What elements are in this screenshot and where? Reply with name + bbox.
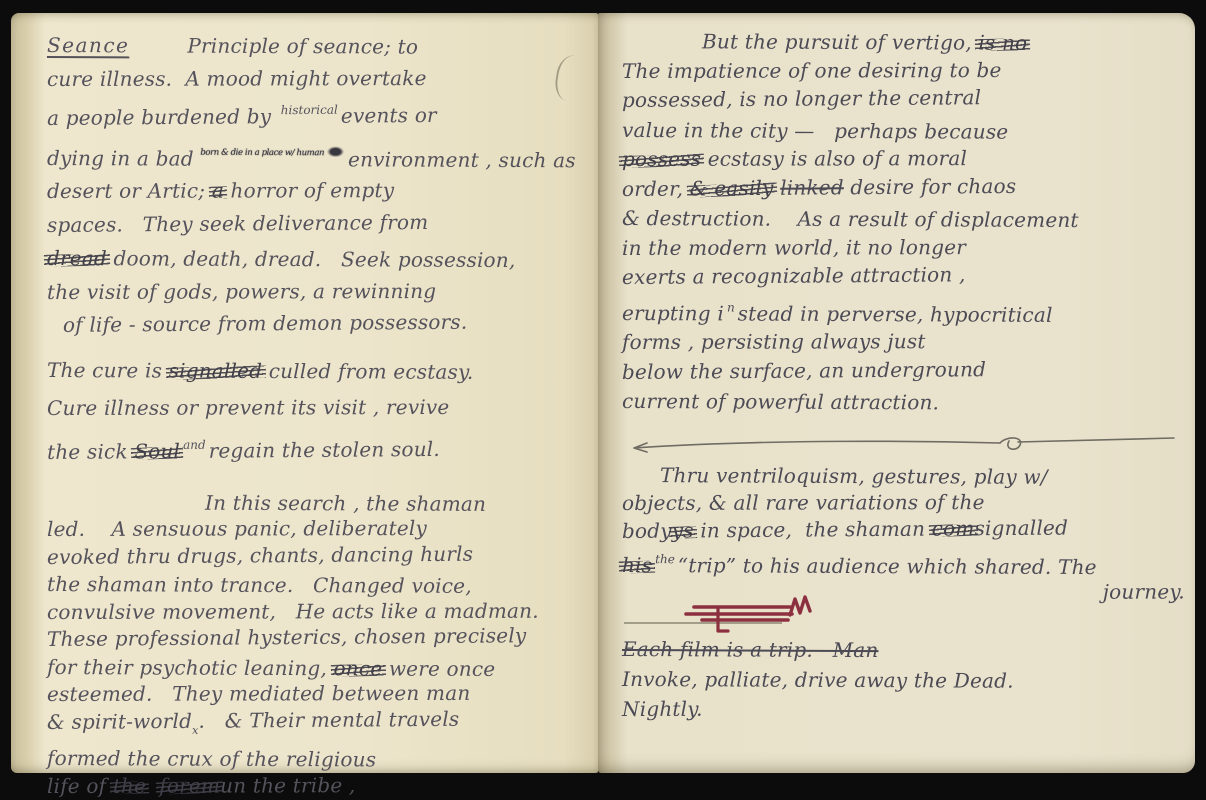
handwritten-text: desert or Artic; bbox=[47, 179, 212, 203]
handwritten-text: spaces. They seek deliverance from bbox=[47, 210, 429, 237]
handwritten-line: Nightly. bbox=[622, 692, 1185, 723]
handwritten-line: erupting instead in perverse, hypocritic… bbox=[622, 293, 1185, 331]
handwritten-text: signalled bbox=[975, 515, 1069, 540]
handwritten-text: dying in a bad bbox=[47, 146, 200, 171]
handwritten-text: These professional hysterics, chosen pre… bbox=[47, 623, 527, 651]
handwritten-text: historical bbox=[281, 103, 338, 117]
handwritten-line: dying in a bad born & die in a place w/ … bbox=[47, 136, 594, 178]
handwritten-line: exerts a recognizable attraction , bbox=[622, 259, 1185, 293]
handwritten-text: Nightly. bbox=[622, 696, 703, 720]
handwritten-text: culled from ecstasy. bbox=[262, 358, 473, 383]
handwritten-text: un the tribe , bbox=[220, 773, 355, 797]
handwritten-text: n bbox=[727, 300, 735, 314]
handwritten-text: current of powerful attraction. bbox=[622, 389, 939, 414]
handwritten-text: Cure illness or prevent its visit , revi… bbox=[47, 394, 450, 419]
handwritten-text: “trip” to his audience which shared. The bbox=[678, 553, 1097, 579]
paragraph-block: Each film is a trip. Man bbox=[622, 635, 1185, 664]
handwritten-line: the visit of gods, powers, a rewinning bbox=[47, 274, 594, 309]
scribbled-out-word: his bbox=[622, 553, 652, 577]
handwritten-text: Seance bbox=[47, 33, 129, 57]
paragraph-block: But the pursuit of vertigo, is noThe imp… bbox=[622, 27, 1185, 417]
handwritten-text: The cure is bbox=[47, 358, 169, 383]
scribbled-out-word: is no bbox=[979, 31, 1028, 55]
handwritten-text: environment , such as bbox=[348, 147, 576, 172]
handwritten-line: the shaman into trance. Changed voice, bbox=[47, 571, 594, 601]
scribbled-out-word: signalled bbox=[169, 358, 263, 382]
handwritten-text: linked bbox=[780, 175, 844, 199]
handwritten-line: But the pursuit of vertigo, is no bbox=[622, 27, 1185, 59]
notebook-page-right: But the pursuit of vertigo, is noThe imp… bbox=[598, 13, 1195, 773]
handwritten-text: Thru ventriloquism, gestures, play w/ bbox=[660, 463, 1048, 489]
scribbled-out-word: once bbox=[333, 656, 382, 680]
handwritten-text: born & die in a place w/ human bbox=[200, 147, 347, 158]
handwritten-text: below the surface, an underground bbox=[622, 357, 986, 384]
handwritten-text: In this search , the shaman bbox=[205, 490, 486, 515]
handwritten-text: horror of empty bbox=[224, 178, 394, 202]
handwritten-line: order, & easily linked desire for chaos bbox=[622, 170, 1185, 204]
paragraph-block: Seance Principle of seance; tocure illne… bbox=[47, 29, 594, 343]
photo-frame: Seance Principle of seance; tocure illne… bbox=[0, 0, 1206, 800]
scribbled-out-word: & easily bbox=[690, 175, 774, 200]
handwritten-text: regain the stolen soul. bbox=[209, 436, 440, 462]
handwritten-text: the sick bbox=[47, 439, 134, 464]
handwritten-text: Invoke, palliate, drive away the Dead. bbox=[622, 667, 1014, 693]
left-page-text: Seance Principle of seance; tocure illne… bbox=[47, 29, 594, 800]
scribbled-out-word: Soul bbox=[134, 438, 180, 462]
handwritten-line: forms , persisting always just bbox=[622, 327, 1185, 358]
handwritten-text: the bbox=[655, 552, 675, 566]
handwritten-line: esteemed. They mediated between man bbox=[47, 680, 594, 709]
handwritten-text: were once bbox=[382, 656, 495, 680]
handwritten-text: the shaman into trance. Changed voice, bbox=[47, 572, 472, 598]
handwritten-text: exerts a recognizable attraction , bbox=[622, 262, 966, 289]
handwritten-text: value in the city — perhaps because bbox=[622, 118, 1008, 144]
scribbled-out-word: possess bbox=[622, 147, 701, 171]
handwritten-line: histhe“trip” to his audience which share… bbox=[622, 545, 1185, 581]
handwritten-line: Each film is a trip. Man bbox=[622, 635, 1185, 666]
handwritten-line: dread doom, death, dread. Seek possessio… bbox=[47, 242, 594, 278]
handwritten-text: Principle of seance; to bbox=[187, 34, 418, 59]
paragraph-block: The cure is signalled culled from ecstas… bbox=[47, 351, 594, 471]
red-ink-mark bbox=[622, 591, 1185, 635]
scribbled-out-word: the bbox=[113, 773, 146, 797]
handwritten-line: possessed, is no longer the central bbox=[622, 82, 1185, 116]
handwritten-line: life of the foremun the tribe , bbox=[47, 771, 594, 800]
handwritten-text: doom, death, dread. Seek possession, bbox=[107, 246, 516, 272]
handwritten-text: The impatience of one desiring to be bbox=[622, 58, 1002, 83]
handwritten-line: & destruction. As a result of displaceme… bbox=[622, 204, 1185, 236]
handwritten-text: Each film is a trip. Man bbox=[622, 637, 879, 662]
handwritten-line: spaces. They seek deliverance from bbox=[47, 204, 594, 242]
handwritten-text: the visit of gods, powers, a rewinning bbox=[47, 278, 436, 303]
handwritten-line: a people burdened by historicalevents or bbox=[47, 92, 595, 136]
handwritten-text: possessed, is no longer the central bbox=[622, 85, 981, 112]
notebook-page-left: Seance Principle of seance; tocure illne… bbox=[11, 13, 598, 773]
handwritten-text: stead in perverse, hypocritical bbox=[738, 301, 1053, 326]
right-page-text: But the pursuit of vertigo, is noThe imp… bbox=[622, 27, 1185, 724]
handwritten-line: Seance Principle of seance; to bbox=[47, 29, 594, 65]
scribbled-out-word: com bbox=[932, 516, 975, 540]
handwritten-line: value in the city — perhaps because bbox=[622, 116, 1185, 148]
handwritten-text: erupting i bbox=[622, 301, 724, 325]
handwritten-line: possess ecstasy is also of a moral bbox=[622, 144, 1185, 175]
handwritten-text: & destruction. As a result of displaceme… bbox=[622, 206, 1079, 232]
handwritten-line: These professional hysterics, chosen pre… bbox=[47, 622, 594, 654]
handwritten-text: life of bbox=[47, 773, 113, 797]
handwritten-text: evoked thru drugs, chants, dancing hurls bbox=[47, 541, 473, 568]
paragraph-block: Invoke, palliate, drive away the Dead.Ni… bbox=[622, 664, 1185, 724]
handwritten-text: of life - source from demon possessors. bbox=[63, 310, 468, 337]
handwritten-line: bodyys in space, the shaman comsignalled bbox=[622, 512, 1185, 544]
handwritten-text: events or bbox=[341, 103, 437, 128]
handwritten-line: desert or Artic; a horror of empty bbox=[47, 174, 594, 209]
handwritten-line: Cure illness or prevent its visit , revi… bbox=[47, 387, 594, 426]
handwritten-text: body bbox=[622, 518, 672, 542]
handwritten-line: objects, & all rare variations of the bbox=[622, 487, 1185, 516]
handwritten-text: formed the crux of the religious bbox=[47, 746, 376, 771]
handwritten-text: But the pursuit of vertigo, bbox=[702, 29, 978, 54]
section-divider-line bbox=[622, 433, 1185, 455]
handwritten-text: . & Their mental travels bbox=[198, 706, 459, 732]
handwritten-text: in the modern world, it no longer bbox=[622, 235, 966, 260]
handwritten-text: objects, & all rare variations of the bbox=[622, 490, 985, 515]
paragraph-block: In this search , the shamanled. A sensuo… bbox=[47, 489, 594, 800]
handwritten-text: ecstasy is also of a moral bbox=[701, 146, 967, 171]
scribbled-out-word: forem bbox=[159, 773, 220, 797]
handwritten-text: and bbox=[183, 437, 206, 451]
handwritten-text: forms , persisting always just bbox=[622, 329, 926, 354]
handwritten-text: for their psychotic leaning, bbox=[47, 655, 334, 680]
scribbled-out-word: ys bbox=[672, 518, 694, 542]
handwritten-line: below the surface, an underground bbox=[622, 353, 1185, 387]
handwritten-text: cure illness. A mood might overtake bbox=[47, 66, 427, 91]
handwritten-text: a people burdened by bbox=[47, 104, 278, 130]
handwritten-line: formed the crux of the religious bbox=[47, 745, 594, 775]
handwritten-text: esteemed. They mediated between man bbox=[47, 681, 470, 706]
handwritten-text: & spirit-world bbox=[47, 708, 192, 733]
paragraph-block: Thru ventriloquism, gestures, play w/obj… bbox=[622, 461, 1185, 607]
handwritten-text: desire for chaos bbox=[844, 173, 1017, 198]
handwritten-line: Thru ventriloquism, gestures, play w/ bbox=[622, 461, 1185, 491]
handwritten-text: led. A sensuous panic, deliberately bbox=[47, 516, 427, 541]
handwritten-line: & spirit-worldx. & Their mental travels bbox=[47, 704, 595, 745]
handwritten-line: current of powerful attraction. bbox=[622, 387, 1185, 419]
handwritten-line: Invoke, palliate, drive away the Dead. bbox=[622, 664, 1185, 696]
handwritten-text: in space, the shaman bbox=[694, 516, 932, 542]
handwritten-line: the sick Soulandregain the stolen soul. bbox=[47, 422, 595, 470]
handwritten-line: led. A sensuous panic, deliberately bbox=[47, 515, 594, 544]
notebook-spread: Seance Principle of seance; tocure illne… bbox=[11, 13, 1195, 773]
scribbled-out-word: a bbox=[212, 179, 224, 203]
handwritten-line: evoked thru drugs, chants, dancing hurls bbox=[47, 539, 594, 571]
handwritten-line: cure illness. A mood might overtake bbox=[47, 61, 594, 96]
scribbled-out-word: dread bbox=[47, 246, 107, 270]
handwritten-text bbox=[129, 29, 187, 63]
handwritten-line: of life - source from demon possessors. bbox=[47, 305, 594, 343]
handwritten-line: The cure is signalled culled from ecstas… bbox=[47, 351, 594, 391]
handwritten-text: order, bbox=[622, 176, 690, 201]
handwritten-text: convulsive movement, He acts like a madm… bbox=[47, 598, 539, 623]
